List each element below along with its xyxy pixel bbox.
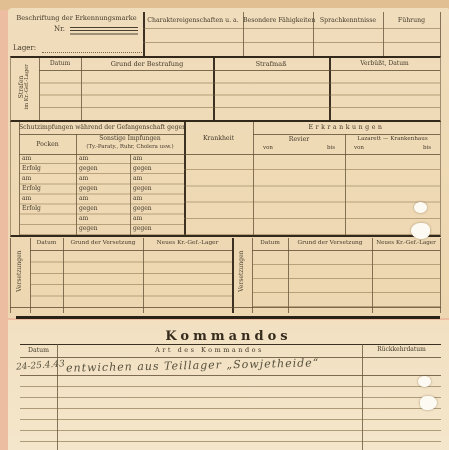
cell-label: am: [133, 176, 142, 183]
ruled-rows: [39, 71, 440, 119]
side-label-line2: im Kr.-Gef.-Lager: [25, 55, 30, 119]
outer-left-border: [10, 238, 11, 313]
row-line: [143, 28, 440, 29]
cell-label: Erfolg: [22, 166, 41, 173]
bis-label: bis: [423, 145, 431, 151]
cell-label: Erfolg: [22, 186, 41, 193]
cell-label: gegen: [133, 166, 152, 173]
row-line: [143, 42, 440, 43]
strafen-section: Strafen im Kr.-Gef.-Lager Datum Grund de…: [10, 56, 441, 122]
punch-hole: [418, 376, 431, 387]
impfungen-title: Schutzimpfungen während der Gefangenscha…: [19, 124, 184, 131]
column-label: Datum: [20, 347, 57, 354]
column-label: Neues Kr.-Gef.-Lager: [372, 240, 440, 246]
nr-label: Nr.: [54, 25, 65, 33]
cell-label: am: [79, 216, 88, 223]
ruled-rows: [30, 251, 232, 307]
punch-hole: [411, 223, 430, 239]
cell-label: am: [79, 176, 88, 183]
title-underline: [20, 344, 441, 346]
strafen-side-label: Strafen im Kr.-Gef.-Lager: [19, 55, 31, 119]
cell-label: am: [22, 196, 31, 203]
pow-record-card-scan: Beschriftung der Erkennungsmarke Nr. Lag…: [0, 0, 449, 450]
column-label: Datum: [30, 240, 63, 247]
column-label: Rückkehrdatum: [362, 347, 441, 354]
von-label: von: [263, 145, 273, 151]
column-label: Grund der Bestrafung: [81, 61, 213, 68]
column-label: Datum: [252, 240, 288, 247]
cell-label: gegen: [79, 206, 98, 213]
krankheit-label: Krankheit: [184, 135, 253, 142]
cell-label: gegen: [79, 186, 98, 193]
ruled-rows: [19, 154, 184, 235]
card-bottom-heavy-rule: [16, 316, 440, 319]
column-label: Charaktereigenschaften u. a.: [143, 17, 243, 24]
versetzungen-section: Versetzungen Versetzungen Datum Grund de…: [10, 238, 441, 308]
lager-label: Lager:: [13, 44, 36, 52]
cell-label: am: [79, 196, 88, 203]
column-label: Art des Kommandos: [57, 347, 362, 354]
cell-label: am: [133, 216, 142, 223]
cell-label: am: [22, 156, 31, 163]
bis-label: bis: [327, 145, 335, 151]
column-label: Grund der Versetzung: [63, 240, 143, 247]
identification-header-section: Beschriftung der Erkennungsmarke Nr. Lag…: [10, 12, 441, 56]
column-label: Sprachkenntnisse: [313, 17, 383, 24]
column-label: Grund der Versetzung: [288, 240, 372, 247]
cell-label: Erfolg: [22, 206, 41, 213]
cell-label: am: [79, 156, 88, 163]
cell-label: gegen: [79, 166, 98, 173]
sonstige-label-line1: Sonstige Impfungen: [76, 136, 184, 143]
handwritten-entry: entwichen aus Teillager „Sowjetheide“: [66, 356, 320, 374]
half-divider: [232, 238, 234, 313]
lager-dotted-line: [42, 45, 142, 53]
column-label: Führung: [383, 17, 440, 24]
cell-label: am: [22, 176, 31, 183]
erkrankungen-title: Erkrankungen: [253, 124, 440, 131]
kommandos-section: Kommandos Datum Art des Kommandos Rückke…: [8, 320, 449, 450]
ruled-rows: [20, 375, 441, 446]
lazarett-label: Lazarett — Krankenhaus: [345, 136, 440, 142]
cell-label: gegen: [79, 226, 98, 233]
title-underline: [253, 134, 440, 135]
column-label: Besondere Fähigkeiten: [243, 17, 313, 24]
pocken-label: Pocken: [19, 141, 76, 148]
outer-right-border: [440, 238, 441, 313]
ruled-rows: [252, 251, 440, 307]
cell-label: am: [133, 196, 142, 203]
cell-label: am: [133, 156, 142, 163]
ruled-rows: [184, 154, 440, 235]
versetzungen-side-label: Versetzungen: [17, 236, 23, 306]
cell-label: gegen: [133, 206, 152, 213]
von-label: von: [354, 145, 364, 151]
erkennungsmarke-title: Beschriftung der Erkennungsmarke: [10, 15, 143, 23]
cell-label: gegen: [133, 186, 152, 193]
impfungen-erkrankungen-section: Schutzimpfungen während der Gefangenscha…: [10, 122, 441, 237]
cell-label: gegen: [133, 226, 152, 233]
punch-hole: [414, 202, 427, 213]
outer-right-border: [440, 12, 441, 56]
sonstige-label-line2: (Ty.-Paraty., Ruhr, Cholera usw.): [76, 144, 184, 150]
column-label: Verbüßt, Datum: [329, 61, 440, 68]
revier-label: Revier: [253, 136, 345, 143]
versetzungen-side-label: Versetzungen: [239, 236, 245, 306]
nr-ruled-lines: [70, 27, 138, 36]
column-label: Neues Kr.-Gef.-Lager: [143, 240, 232, 247]
column-label: Datum: [39, 61, 81, 68]
column-label: Strafmaß: [213, 61, 329, 68]
table-bottom-line: [10, 307, 441, 308]
